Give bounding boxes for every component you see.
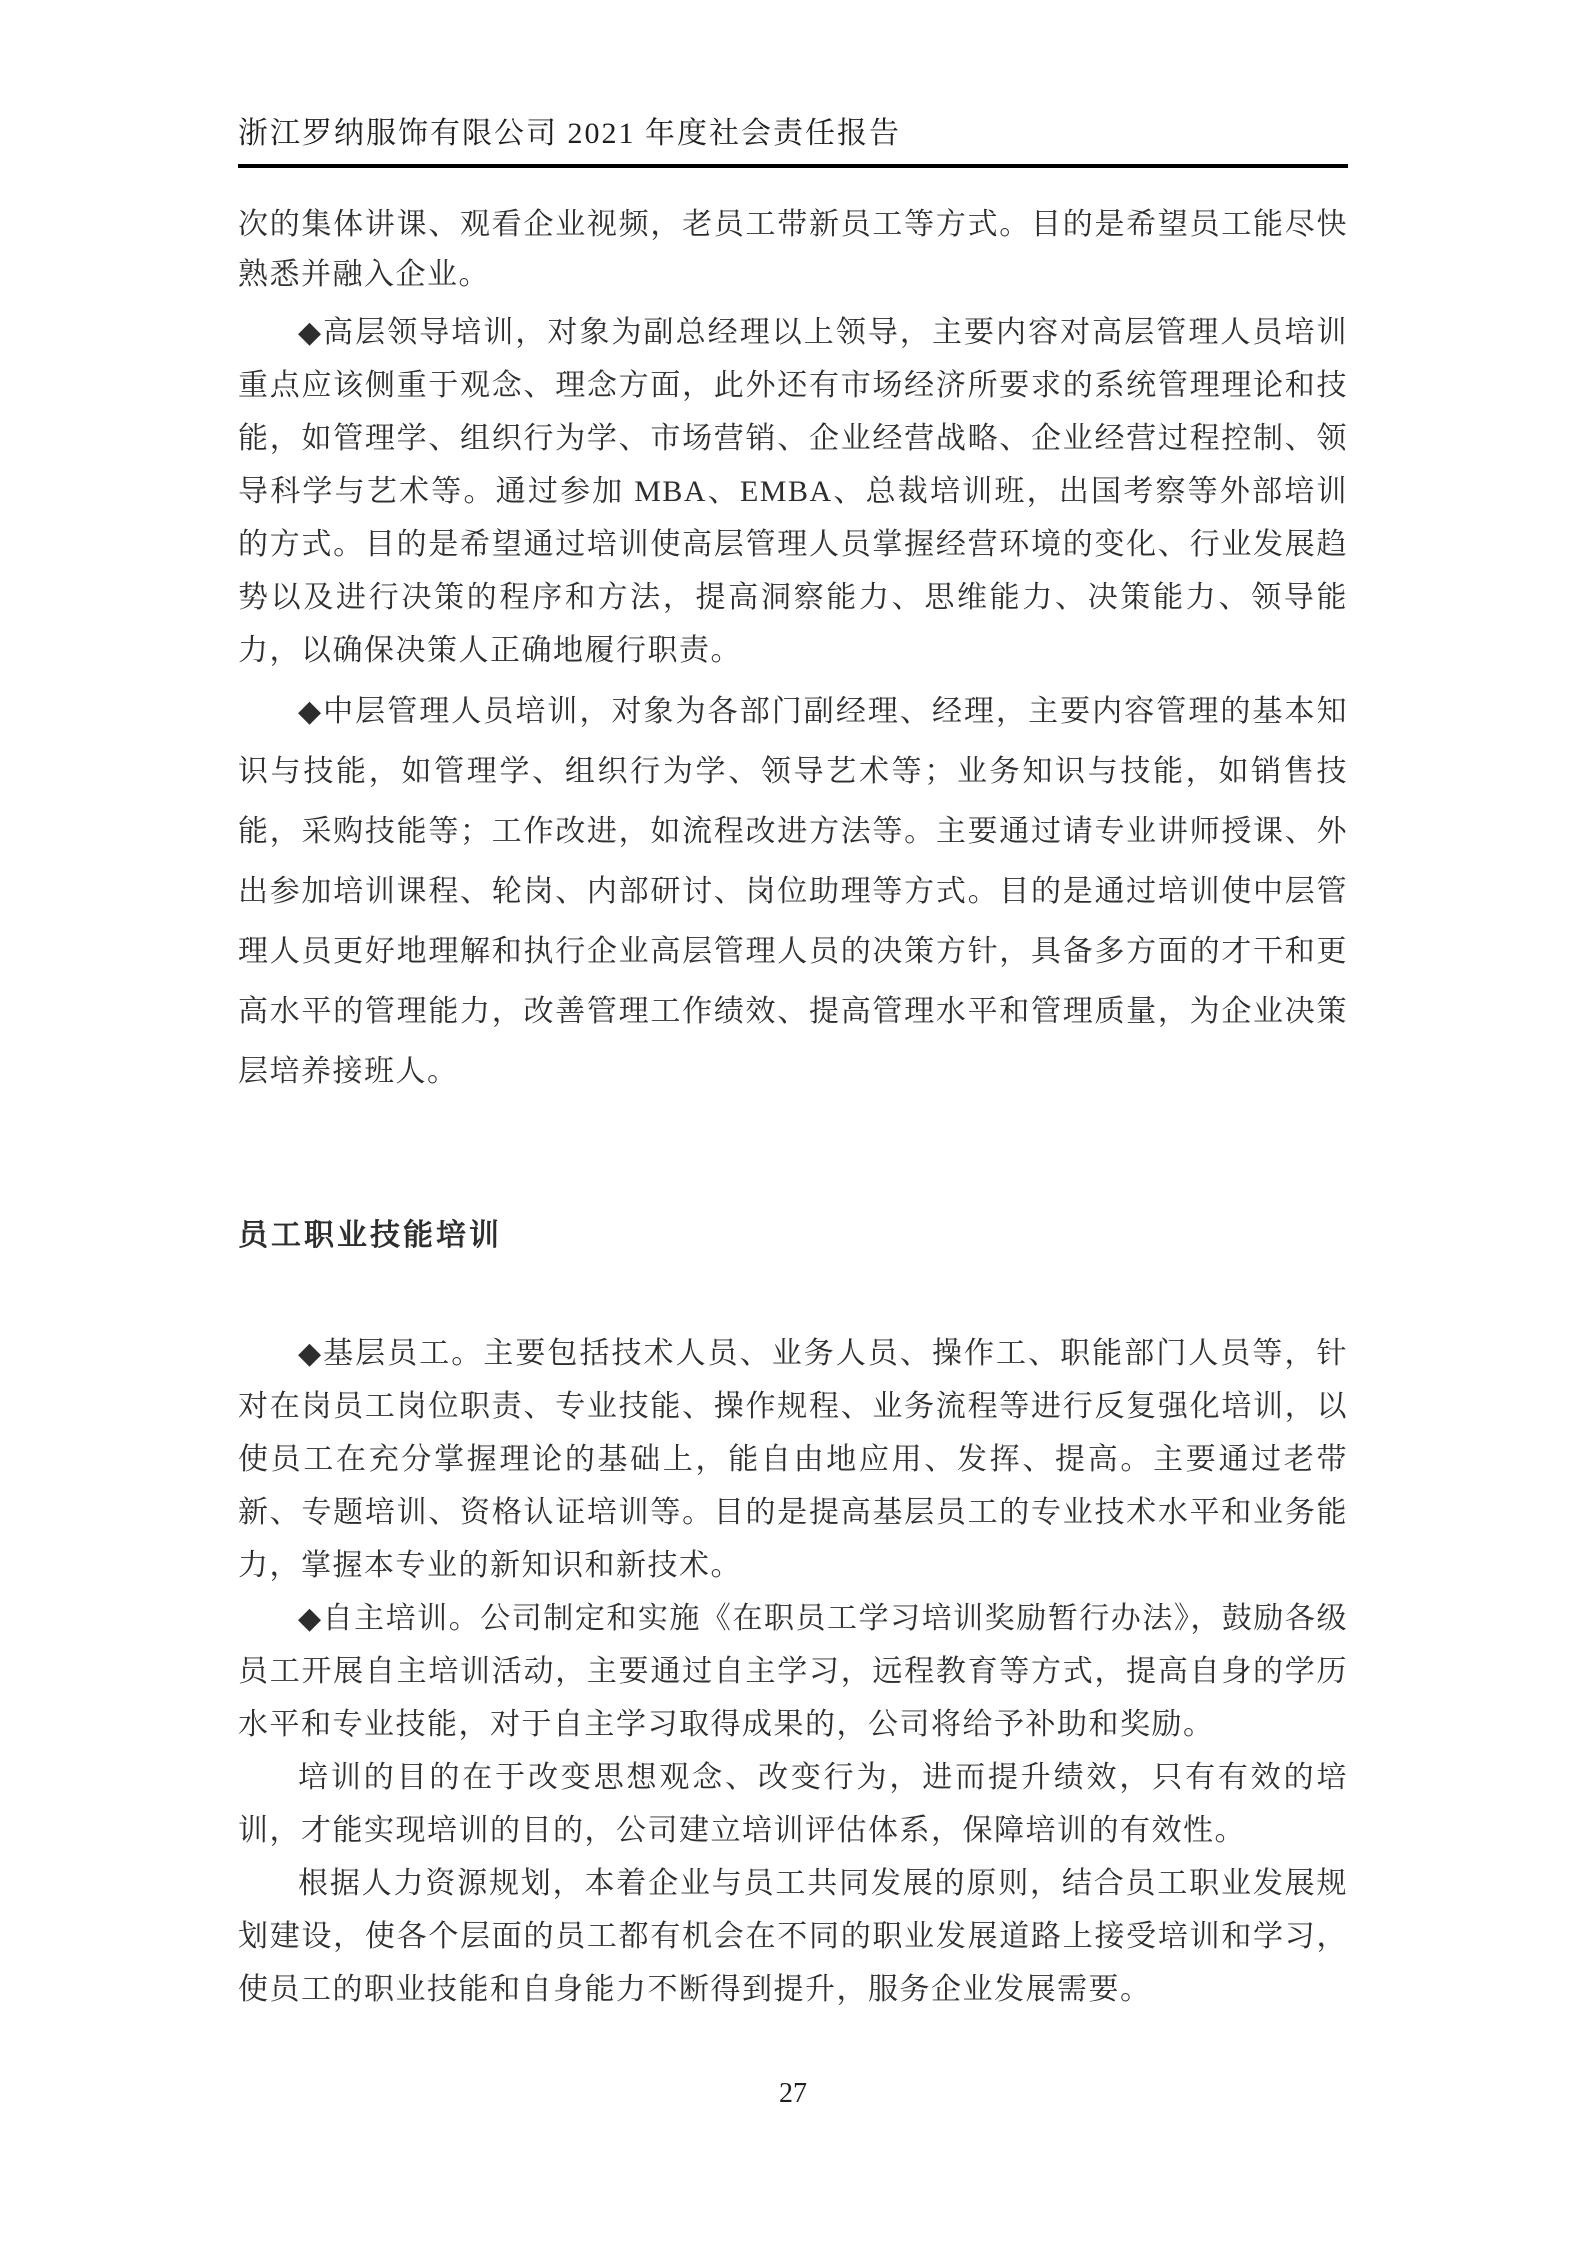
page-header: 浙江罗纳服饰有限公司 2021 年度社会责任报告 <box>238 108 1348 168</box>
page-footer: 27 <box>238 2078 1348 2110</box>
paragraph-continuation: 次的集体讲课、观看企业视频，老员工带新员工等方式。目的是希望员工能尽快熟悉并融入… <box>238 200 1348 300</box>
page-content: 次的集体讲课、观看企业视频，老员工带新员工等方式。目的是希望员工能尽快熟悉并融入… <box>238 200 1348 2016</box>
page-number: 27 <box>779 2078 807 2109</box>
paragraph-grassroots-employees: ◆基层员工。主要包括技术人员、业务人员、操作工、职能部门人员等，针对在岗员工岗位… <box>238 1327 1348 1592</box>
section-heading-vocational-skills-training: 员工职业技能培训 <box>238 1209 1348 1262</box>
paragraph-senior-leader-training: ◆高层领导培训，对象为副总经理以上领导，主要内容对高层管理人员培训重点应该侧重于… <box>238 306 1348 677</box>
paragraph-hr-planning: 根据人力资源规划，本着企业与员工共同发展的原则，结合员工职业发展规划建设，使各个… <box>238 1857 1348 2016</box>
paragraph-middle-management-training: ◆中层管理人员培训，对象为各部门副经理、经理，主要内容管理的基本知识与技能，如管… <box>238 682 1348 1102</box>
document-page: 浙江罗纳服饰有限公司 2021 年度社会责任报告 次的集体讲课、观看企业视频，老… <box>0 0 1587 2245</box>
report-title: 浙江罗纳服饰有限公司 2021 年度社会责任报告 <box>238 117 901 150</box>
paragraph-self-training: ◆自主培训。公司制定和实施《在职员工学习培训奖励暂行办法》，鼓励各级员工开展自主… <box>238 1592 1348 1751</box>
paragraph-training-purpose: 培训的目的在于改变思想观念、改变行为，进而提升绩效，只有有效的培训，才能实现培训… <box>238 1751 1348 1857</box>
